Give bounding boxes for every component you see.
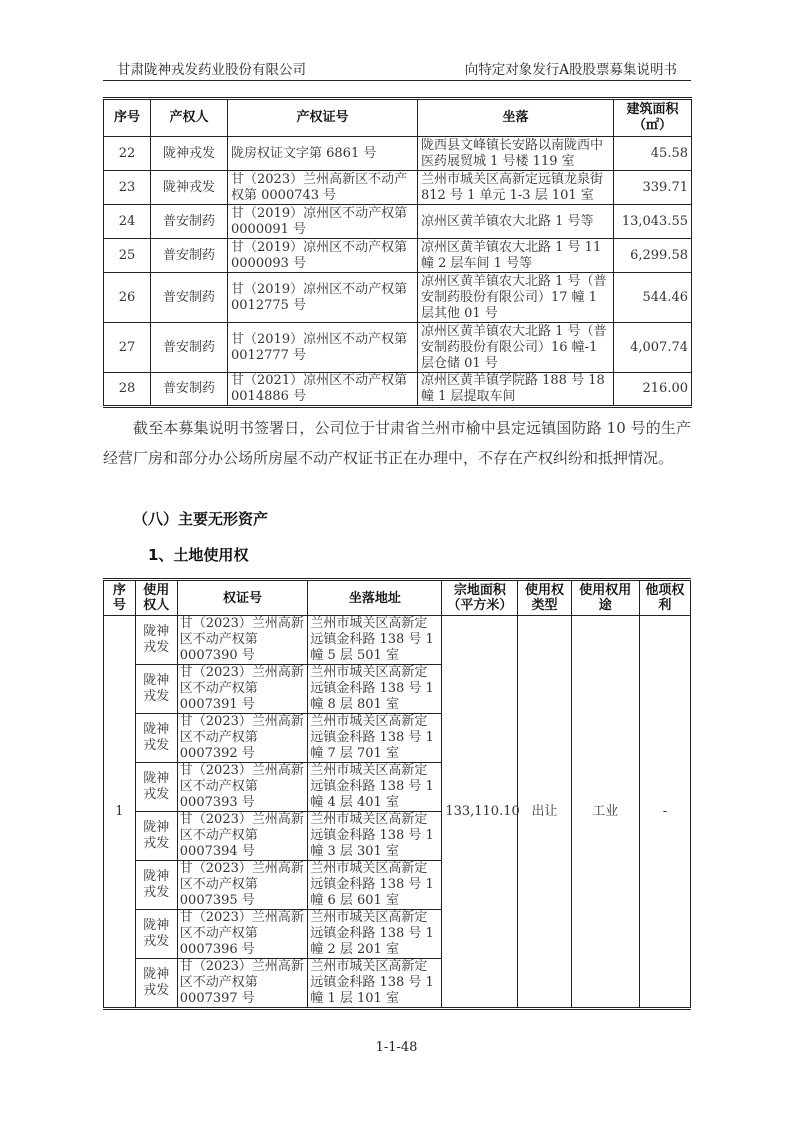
cell-no: 28 [104,373,151,407]
cell-owner: 陇神戎发 [151,137,228,171]
cell-location: 凉州区黄羊镇农大北路 1 号（普安制药股份有限公司）17 幢 1 层其他 01 … [418,273,614,323]
header-address: 坐落地址 [308,580,442,616]
section-heading: （八）主要无形资产 [133,508,268,529]
cell-owner: 普安制药 [151,239,228,273]
cell-area: 544.46 [614,273,692,323]
company-name: 甘肃陇神戎发药业股份有限公司 [117,58,306,78]
cell-area: 216.00 [614,373,692,407]
table-row: 26 普安制药 甘（2019）凉州区不动产权第 0012775 号 凉州区黄羊镇… [104,273,692,323]
header-type: 使用权类型 [518,580,571,616]
cell-cert: 甘（2023）兰州高新区不动产权第 0000743 号 [228,171,418,205]
cell-use: 工业 [571,616,639,1009]
cell-area: 13,043.55 [614,205,692,239]
cell-location: 凉州区黄羊镇学院路 188 号 18 幢 1 层提取车间 [418,373,614,407]
cell-cert: 甘（2019）凉州区不动产权第 0000093 号 [228,239,418,273]
cell-cert: 甘（2019）凉州区不动产权第 0012775 号 [228,273,418,323]
cell-address: 兰州市城关区高新定远镇金科路 138 号 1 幢 6 层 601 室 [308,861,442,910]
header-encumbrance: 他项权利 [639,580,690,616]
cell-location: 陇西县文峰镇长安路以南陇西中医药展贸城 1 号楼 119 室 [418,137,614,171]
cell-cert: 甘（2023）兰州高新区不动产权第0007394 号 [177,812,308,861]
cell-location: 凉州区黄羊镇农大北路 1 号等 [418,205,614,239]
body-paragraph: 截至本募集说明书签署日，公司位于甘肃省兰州市榆中县定远镇国防路 10 号的生产经… [103,413,691,473]
cell-owner: 普安制药 [151,323,228,373]
cell-encumbrance: - [639,616,690,1009]
cell-cert: 甘（2023）兰州高新区不动产权第0007391 号 [177,665,308,714]
cell-cert: 甘（2023）兰州高新区不动产权第0007392 号 [177,714,308,763]
header-cert: 产权证号 [228,99,418,137]
cell-address: 兰州市城关区高新定远镇金科路 138 号 1 幢 7 层 701 室 [308,714,442,763]
header-use: 使用权用途 [571,580,639,616]
cell-no: 25 [104,239,151,273]
table-row: 25 普安制药 甘（2019）凉州区不动产权第 0000093 号 凉州区黄羊镇… [104,239,692,273]
cell-address: 兰州市城关区高新定远镇金科路 138 号 1 幢 3 层 301 室 [308,812,442,861]
cell-cert: 甘（2023）兰州高新区不动产权第0007395 号 [177,861,308,910]
cell-holder: 陇神戎发 [135,763,177,812]
page-number: 1-1-48 [0,1040,793,1055]
table-row: 1 陇神戎发 甘（2023）兰州高新区不动产权第0007390 号 兰州市城关区… [104,616,691,665]
cell-area: 133,110.10 [442,616,518,1009]
cell-address: 兰州市城关区高新定远镇金科路 138 号 1 幢 1 层 101 室 [308,959,442,1009]
cell-owner: 普安制药 [151,373,228,407]
cell-no: 26 [104,273,151,323]
cell-no: 24 [104,205,151,239]
cell-type: 出让 [518,616,571,1009]
cell-area: 339.71 [614,171,692,205]
header-no: 序号 [104,580,136,616]
cell-holder: 陇神戎发 [135,861,177,910]
cell-owner: 普安制药 [151,205,228,239]
cell-cert: 陇房权证文字第 6861 号 [228,137,418,171]
document-title: 向特定对象发行A股股票募集说明书 [465,58,677,78]
header-no: 序号 [104,99,151,137]
cell-cert: 甘（2023）兰州高新区不动产权第0007397 号 [177,959,308,1009]
table-row: 24 普安制药 甘（2019）凉州区不动产权第 0000091 号 凉州区黄羊镇… [104,205,692,239]
cell-cert: 甘（2021）凉州区不动产权第 0014886 号 [228,373,418,407]
table-row: 22 陇神戎发 陇房权证文字第 6861 号 陇西县文峰镇长安路以南陇西中医药展… [104,137,692,171]
header-area: 宗地面积（平方米） [442,580,518,616]
paragraph-text: 截至本募集说明书签署日，公司位于甘肃省兰州市榆中县定远镇国防路 10 号的生产经… [103,413,691,473]
cell-holder: 陇神戎发 [135,665,177,714]
cell-cert: 甘（2023）兰州高新区不动产权第0007390 号 [177,616,308,665]
cell-holder: 陇神戎发 [135,910,177,959]
cell-holder: 陇神戎发 [135,812,177,861]
table-row: 27 普安制药 甘（2019）凉州区不动产权第 0012777 号 凉州区黄羊镇… [104,323,692,373]
subsection-heading: 1、土地使用权 [148,544,248,565]
table-header-row: 序号 产权人 产权证号 坐落 建筑面积（㎡） [104,99,692,137]
header-cert: 权证号 [177,580,308,616]
cell-no: 27 [104,323,151,373]
cell-area: 4,007.74 [614,323,692,373]
cell-cert: 甘（2023）兰州高新区不动产权第0007393 号 [177,763,308,812]
cell-area: 6,299.58 [614,239,692,273]
cell-cert: 甘（2019）凉州区不动产权第 0000091 号 [228,205,418,239]
cell-no: 22 [104,137,151,171]
cell-no: 1 [104,616,136,1009]
cell-no: 23 [104,171,151,205]
cell-address: 兰州市城关区高新定远镇金科路 138 号 1 幢 5 层 501 室 [308,616,442,665]
cell-location: 凉州区黄羊镇农大北路 1 号 11 幢 2 层车间 1 号等 [418,239,614,273]
cell-holder: 陇神戎发 [135,959,177,1009]
cell-holder: 陇神戎发 [135,714,177,763]
land-use-table: 序号 使用权人 权证号 坐落地址 宗地面积（平方米） 使用权类型 使用权用途 他… [103,578,691,1010]
table-header-row: 序号 使用权人 权证号 坐落地址 宗地面积（平方米） 使用权类型 使用权用途 他… [104,580,691,616]
property-table: 序号 产权人 产权证号 坐落 建筑面积（㎡） 22 陇神戎发 陇房权证文字第 6… [103,97,692,408]
header-owner: 产权人 [151,99,228,137]
table-row: 28 普安制药 甘（2021）凉州区不动产权第 0014886 号 凉州区黄羊镇… [104,373,692,407]
cell-address: 兰州市城关区高新定远镇金科路 138 号 1 幢 2 层 201 室 [308,910,442,959]
cell-holder: 陇神戎发 [135,616,177,665]
page-header: 甘肃陇神戎发药业股份有限公司 向特定对象发行A股股票募集说明书 [103,58,691,81]
cell-location: 凉州区黄羊镇农大北路 1 号（普安制药股份有限公司）16 幢-1 层仓储 01 … [418,323,614,373]
cell-owner: 普安制药 [151,273,228,323]
cell-cert: 甘（2023）兰州高新区不动产权第0007396 号 [177,910,308,959]
cell-owner: 陇神戎发 [151,171,228,205]
cell-cert: 甘（2019）凉州区不动产权第 0012777 号 [228,323,418,373]
cell-area: 45.58 [614,137,692,171]
header-area: 建筑面积（㎡） [614,99,692,137]
cell-address: 兰州市城关区高新定远镇金科路 138 号 1 幢 4 层 401 室 [308,763,442,812]
cell-address: 兰州市城关区高新定远镇金科路 138 号 1 幢 8 层 801 室 [308,665,442,714]
header-holder: 使用权人 [135,580,177,616]
cell-location: 兰州市城关区高新定远镇龙泉街 812 号 1 单元 1-3 层 101 室 [418,171,614,205]
table-row: 23 陇神戎发 甘（2023）兰州高新区不动产权第 0000743 号 兰州市城… [104,171,692,205]
header-location: 坐落 [418,99,614,137]
